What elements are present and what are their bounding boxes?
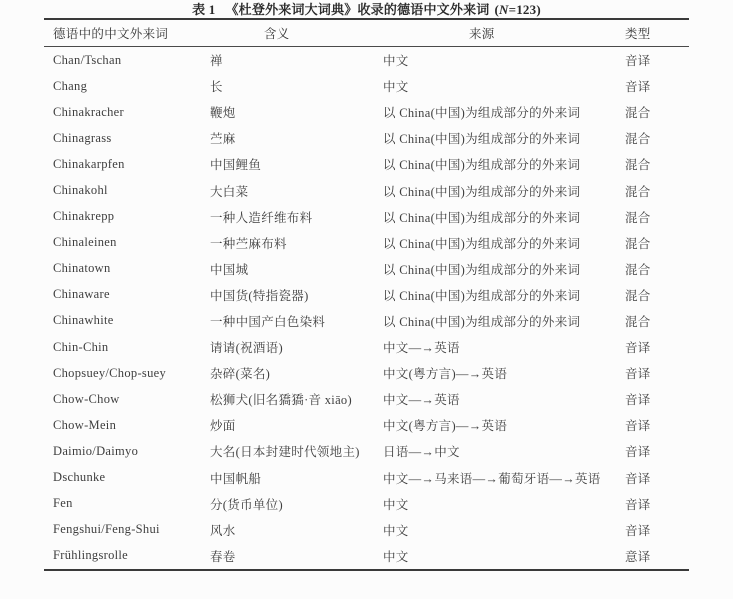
- source-cell: 中文—→英语: [383, 338, 622, 356]
- meaning-cell: 大名(日本封建时代领地主): [210, 442, 383, 460]
- loanword-cell: Chin-Chin: [44, 340, 210, 355]
- table-row: Chin-Chin 请请(祝酒语) 中文—→英语 音译: [44, 334, 689, 360]
- source-cell: 中文(粤方言)—→英语: [383, 364, 622, 382]
- meaning-cell: 春卷: [210, 547, 383, 565]
- loanword-cell: Chinagrass: [44, 131, 210, 146]
- table-row: Chinakarpfen 中国鲤鱼 以 China(中国)为组成部分的外来词 混…: [44, 151, 689, 177]
- source-cell: 中文: [383, 547, 622, 565]
- meaning-cell: 中国帆船: [210, 469, 383, 487]
- loanword-cell: Chinaleinen: [44, 235, 210, 250]
- meaning-cell: 杂碎(菜名): [210, 364, 383, 382]
- source-cell: 以 China(中国)为组成部分的外来词: [383, 208, 622, 226]
- source-cell: 中文: [383, 495, 622, 513]
- source-cell: 中文: [383, 521, 622, 539]
- table-row: Dschunke 中国帆船 中文—→马来语—→葡萄牙语—→英语 音译: [44, 465, 689, 491]
- type-cell: 意译: [622, 547, 689, 565]
- table-row: Chinakrepp 一种人造纤维布料 以 China(中国)为组成部分的外来词…: [44, 204, 689, 230]
- meaning-cell: 炒面: [210, 416, 383, 434]
- type-cell: 混合: [622, 286, 689, 304]
- type-cell: 混合: [622, 208, 689, 226]
- table-row: Chinaleinen 一种苎麻布料 以 China(中国)为组成部分的外来词 …: [44, 230, 689, 256]
- loanword-cell: Chinawhite: [44, 313, 210, 328]
- meaning-cell: 中国城: [210, 260, 383, 278]
- table-row: Chinatown 中国城 以 China(中国)为组成部分的外来词 混合: [44, 256, 689, 282]
- header-meaning: 含义: [210, 24, 383, 42]
- table-row: Chow-Chow 松狮犬(旧名獢獢·音 xiāo) 中文—→英语 音译: [44, 386, 689, 412]
- type-cell: 音译: [622, 338, 689, 356]
- loanword-cell: Fengshui/Feng-Shui: [44, 522, 210, 537]
- header-loanword: 德语中的中文外来词: [44, 24, 210, 42]
- loanword-cell: Chopsuey/Chop-suey: [44, 366, 210, 381]
- loanword-cell: Chow-Chow: [44, 392, 210, 407]
- loanword-cell: Chan/Tschan: [44, 53, 210, 68]
- meaning-cell: 大白菜: [210, 182, 383, 200]
- loanword-cell: Chinaware: [44, 287, 210, 302]
- table-header-row: 德语中的中文外来词 含义 来源 类型: [44, 20, 689, 47]
- table-row: Fengshui/Feng-Shui 风水 中文 音译: [44, 517, 689, 543]
- source-cell: 以 China(中国)为组成部分的外来词: [383, 182, 622, 200]
- meaning-cell: 风水: [210, 521, 383, 539]
- table-row: Chinakohl 大白菜 以 China(中国)为组成部分的外来词 混合: [44, 177, 689, 203]
- source-cell: 以 China(中国)为组成部分的外来词: [383, 155, 622, 173]
- source-cell: 以 China(中国)为组成部分的外来词: [383, 234, 622, 252]
- type-cell: 音译: [622, 442, 689, 460]
- type-cell: 音译: [622, 469, 689, 487]
- source-cell: 中文: [383, 77, 622, 95]
- loanword-cell: Chinakrepp: [44, 209, 210, 224]
- meaning-cell: 禅: [210, 51, 383, 69]
- type-cell: 音译: [622, 77, 689, 95]
- type-cell: 混合: [622, 155, 689, 173]
- type-cell: 混合: [622, 103, 689, 121]
- source-cell: 以 China(中国)为组成部分的外来词: [383, 103, 622, 121]
- source-cell: 日语—→中文: [383, 442, 622, 460]
- table-row: Chinakracher 鞭炮 以 China(中国)为组成部分的外来词 混合: [44, 99, 689, 125]
- loanword-cell: Frühlingsrolle: [44, 548, 210, 563]
- type-cell: 音译: [622, 521, 689, 539]
- type-cell: 混合: [622, 260, 689, 278]
- source-cell: 以 China(中国)为组成部分的外来词: [383, 286, 622, 304]
- type-cell: 混合: [622, 234, 689, 252]
- source-cell: 以 China(中国)为组成部分的外来词: [383, 312, 622, 330]
- table-body: Chan/Tschan 禅 中文 音译 Chang 长 中文 音译 Chinak…: [44, 47, 689, 569]
- type-cell: 混合: [622, 312, 689, 330]
- source-cell: 中文: [383, 51, 622, 69]
- type-cell: 音译: [622, 495, 689, 513]
- table-row: Chan/Tschan 禅 中文 音译: [44, 47, 689, 73]
- source-cell: 中文(粤方言)—→英语: [383, 416, 622, 434]
- table-row: Chinaware 中国货(特指瓷器) 以 China(中国)为组成部分的外来词…: [44, 282, 689, 308]
- loanword-cell: Chang: [44, 79, 210, 94]
- meaning-cell: 一种人造纤维布料: [210, 208, 383, 226]
- type-cell: 混合: [622, 129, 689, 147]
- meaning-cell: 中国鲤鱼: [210, 155, 383, 173]
- table-row: Chow-Mein 炒面 中文(粤方言)—→英语 音译: [44, 412, 689, 438]
- table-title-text: 《杜登外来词大词典》收录的德语中文外来词: [225, 2, 489, 17]
- header-type: 类型: [622, 24, 689, 42]
- table-row: Chinawhite 一种中国产白色染料 以 China(中国)为组成部分的外来…: [44, 308, 689, 334]
- meaning-cell: 鞭炮: [210, 103, 383, 121]
- loanword-cell: Fen: [44, 496, 210, 511]
- type-cell: 混合: [622, 182, 689, 200]
- source-cell: 中文—→马来语—→葡萄牙语—→英语: [383, 469, 622, 487]
- meaning-cell: 长: [210, 77, 383, 95]
- loanword-cell: Chow-Mein: [44, 418, 210, 433]
- loanword-table: 德语中的中文外来词 含义 来源 类型 Chan/Tschan 禅 中文 音译 C…: [44, 18, 689, 571]
- table-title: 表 1《杜登外来词大词典》收录的德语中文外来词(N=123): [0, 0, 733, 18]
- type-cell: 音译: [622, 390, 689, 408]
- type-cell: 音译: [622, 364, 689, 382]
- loanword-cell: Chinakohl: [44, 183, 210, 198]
- table-row: Daimio/Daimyo 大名(日本封建时代领地主) 日语—→中文 音译: [44, 438, 689, 464]
- sample-size-value: =123): [509, 2, 541, 17]
- header-source: 来源: [383, 24, 622, 42]
- source-cell: 以 China(中国)为组成部分的外来词: [383, 260, 622, 278]
- table-row: Frühlingsrolle 春卷 中文 意译: [44, 543, 689, 569]
- table-row: Fen 分(货币单位) 中文 音译: [44, 491, 689, 517]
- meaning-cell: 分(货币单位): [210, 495, 383, 513]
- meaning-cell: 请请(祝酒语): [210, 338, 383, 356]
- type-cell: 音译: [622, 416, 689, 434]
- meaning-cell: 松狮犬(旧名獢獢·音 xiāo): [210, 390, 383, 408]
- type-cell: 音译: [622, 51, 689, 69]
- loanword-cell: Chinatown: [44, 261, 210, 276]
- loanword-cell: Chinakracher: [44, 105, 210, 120]
- source-cell: 以 China(中国)为组成部分的外来词: [383, 129, 622, 147]
- table-row: Chinagrass 苎麻 以 China(中国)为组成部分的外来词 混合: [44, 125, 689, 151]
- meaning-cell: 一种苎麻布料: [210, 234, 383, 252]
- source-cell: 中文—→英语: [383, 390, 622, 408]
- sample-size-n: N: [499, 2, 509, 17]
- meaning-cell: 中国货(特指瓷器): [210, 286, 383, 304]
- loanword-cell: Dschunke: [44, 470, 210, 485]
- loanword-cell: Daimio/Daimyo: [44, 444, 210, 459]
- meaning-cell: 苎麻: [210, 129, 383, 147]
- table-row: Chang 长 中文 音译: [44, 73, 689, 99]
- table-row: Chopsuey/Chop-suey 杂碎(菜名) 中文(粤方言)—→英语 音译: [44, 360, 689, 386]
- meaning-cell: 一种中国产白色染料: [210, 312, 383, 330]
- table-number-label: 表 1: [192, 2, 215, 17]
- loanword-cell: Chinakarpfen: [44, 157, 210, 172]
- scanned-paper-page: 表 1《杜登外来词大词典》收录的德语中文外来词(N=123) 德语中的中文外来词…: [0, 0, 733, 599]
